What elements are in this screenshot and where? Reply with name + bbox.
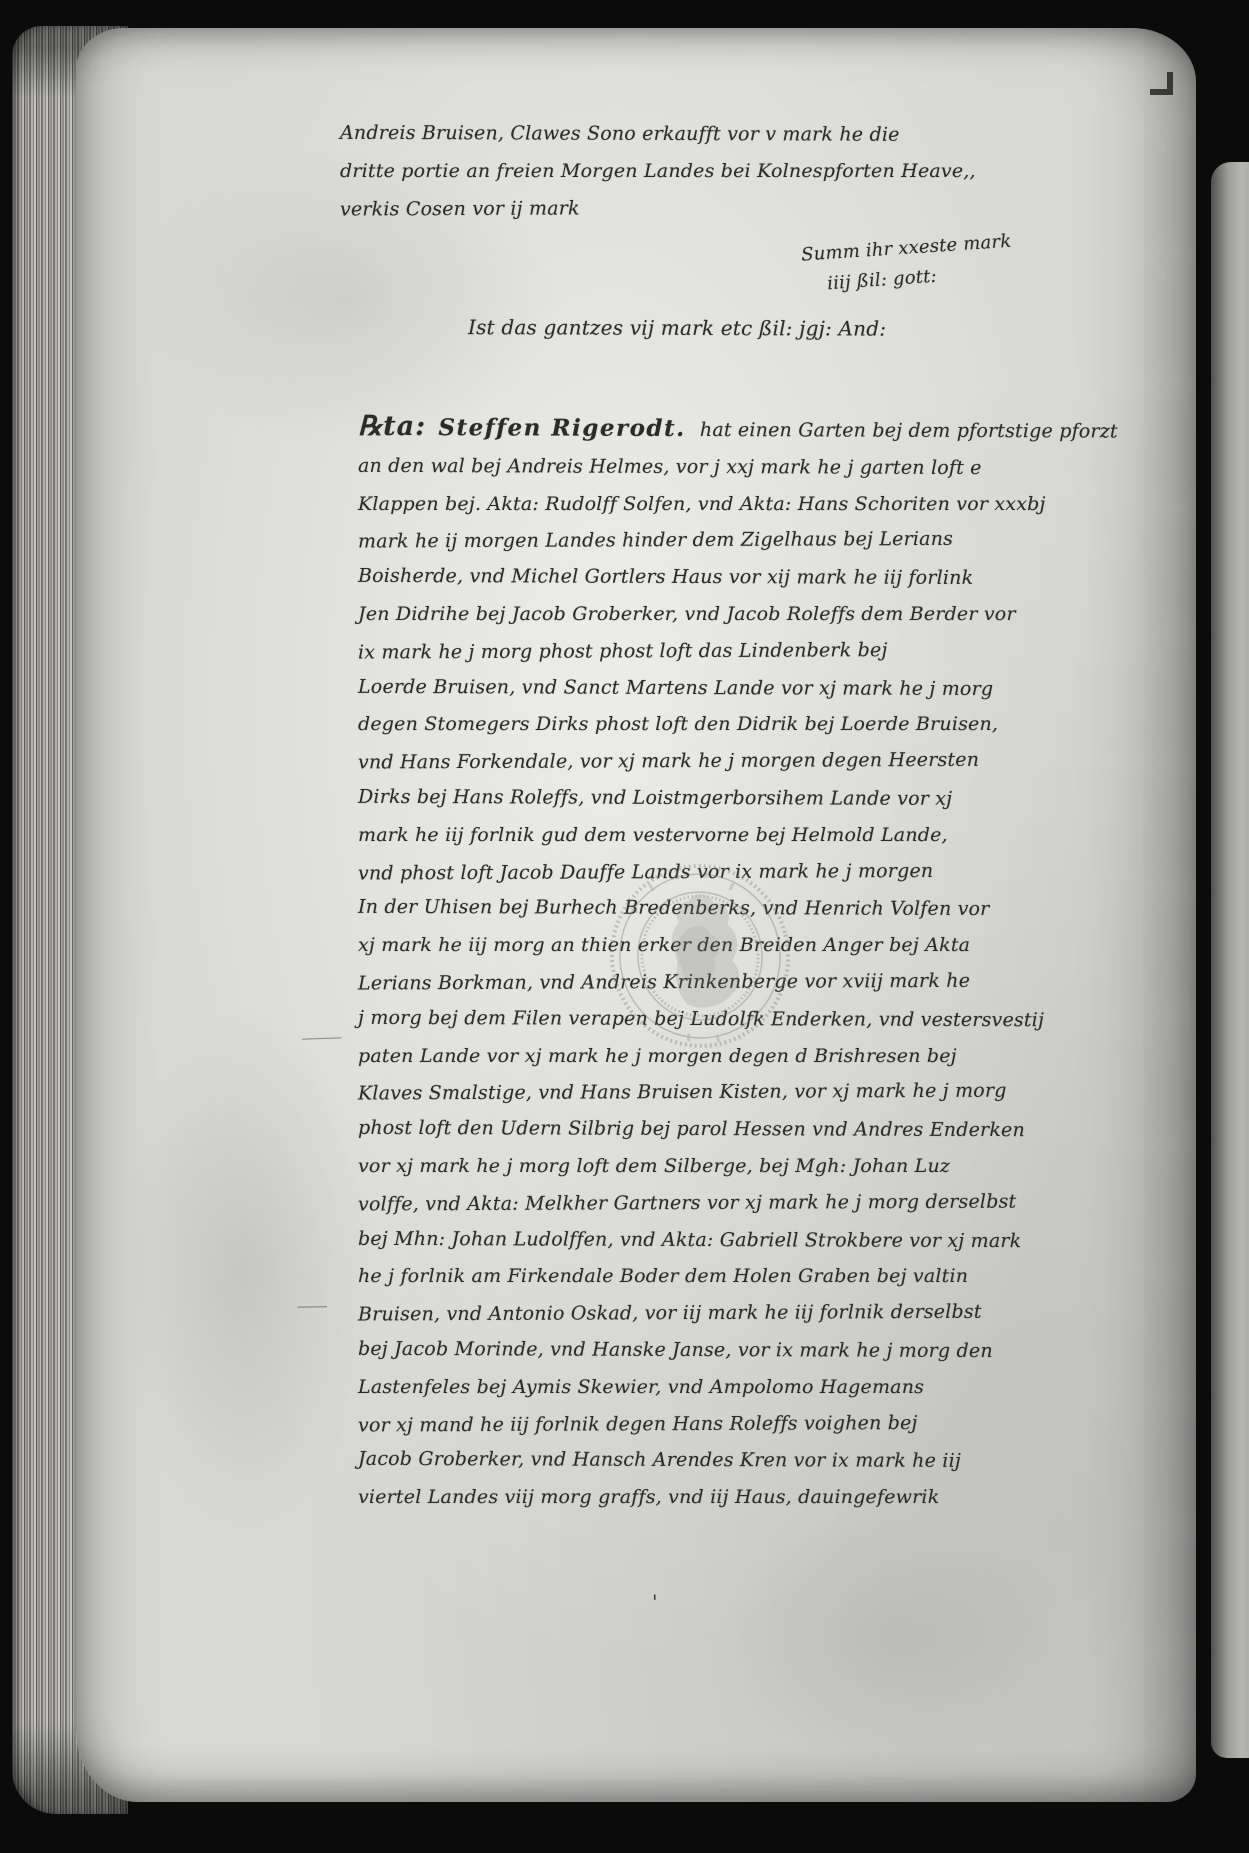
manuscript-line: dritte portie an freien Morgen Landes be…	[340, 153, 1020, 190]
manuscript-line: Boisherde, vnd Michel Gortlers Haus vor …	[358, 558, 1034, 597]
top-paragraph: Andreis Bruisen, Clawes Sono erkaufft vo…	[340, 116, 1020, 227]
manuscript-line: Jen Didrihe bej Jacob Groberker, vnd Jac…	[358, 596, 1034, 633]
manuscript-line: bej Jacob Morinde, vnd Hanske Janse, vor…	[358, 1331, 1034, 1370]
margin-dash: —	[300, 1026, 344, 1048]
entry-initial: ℞ta:	[358, 411, 426, 442]
manuscript-line: an den wal bej Andreis Helmes, vor j xxj…	[358, 448, 1034, 487]
manuscript-line: Andreis Bruisen, Clawes Sono erkaufft vo…	[340, 115, 1020, 154]
paper-stain	[716, 1508, 1076, 1768]
ink-speck: '	[652, 1590, 658, 1614]
manuscript-page: Andreis Bruisen, Clawes Sono erkaufft vo…	[76, 28, 1196, 1802]
manuscript-line: Lastenfeles bej Aymis Skewier, vnd Ampol…	[358, 1369, 1034, 1406]
manuscript-line: vnd Hans Forkendale, vor xj mark he j mo…	[358, 742, 1034, 782]
manuscript-line: Klappen bej. Akta: Rudolff Solfen, vnd A…	[358, 486, 1034, 523]
manuscript-line: Jacob Groberker, vnd Hansch Arendes Kren…	[358, 1441, 1034, 1480]
book-scan: Andreis Bruisen, Clawes Sono erkaufft vo…	[0, 0, 1249, 1853]
mount-corner-icon	[1148, 70, 1178, 100]
manuscript-line: Bruisen, vnd Antonio Oskad, vor iij mark…	[358, 1294, 1034, 1334]
sum-margin-note: Summ ihr xxeste markiiij ßil: gott:	[800, 223, 1064, 301]
manuscript-line: phost loft den Udern Silbrig bej parol H…	[358, 1110, 1034, 1149]
margin-dash: —	[296, 1295, 329, 1317]
entry-heading-text: hat einen Garten bej dem pfortstige pfor…	[700, 419, 1118, 442]
entry-person-name: Steffen Rigerodt.	[438, 414, 685, 442]
entry-heading: ℞ta: Steffen Rigerodt. hat einen Garten …	[358, 409, 1034, 450]
manuscript-line: volffe, vnd Akta: Melkher Gartners vor x…	[358, 1183, 1034, 1223]
manuscript-line: Dirks bej Hans Roleffs, vnd Loistmgerbor…	[358, 779, 1034, 818]
paper-stain	[116, 1008, 376, 1528]
manuscript-line: mark he iij forlnik gud dem vestervorne …	[358, 817, 1034, 854]
total-line: Ist das gantzes vij mark etc ßil: jgj: A…	[468, 315, 968, 341]
manuscript-line: viertel Landes viij morg graffs, vnd iij…	[358, 1479, 1034, 1516]
manuscript-line: ix mark he j morg phost phost loft das L…	[358, 631, 1034, 671]
manuscript-line: degen Stomegers Dirks phost loft den Did…	[358, 706, 1034, 743]
manuscript-line: he j forlnik am Firkendale Boder dem Hol…	[358, 1258, 1034, 1295]
manuscript-line: bej Mhn: Johan Ludolffen, vnd Akta: Gabr…	[358, 1220, 1034, 1259]
manuscript-line: vor xj mark he j morg loft dem Silberge,…	[358, 1148, 1034, 1185]
manuscript-line: verkis Cosen vor ij mark	[340, 189, 1020, 229]
manuscript-line: vor xj mand he iij forlnik degen Hans Ro…	[358, 1404, 1034, 1444]
manuscript-line: Loerde Bruisen, vnd Sanct Martens Lande …	[358, 668, 1034, 707]
manuscript-line: Klaves Smalstige, vnd Hans Bruisen Kiste…	[358, 1073, 1034, 1113]
facing-page-edge	[1211, 162, 1249, 1758]
manuscript-line: mark he ij morgen Landes hinder dem Zige…	[358, 521, 1034, 561]
